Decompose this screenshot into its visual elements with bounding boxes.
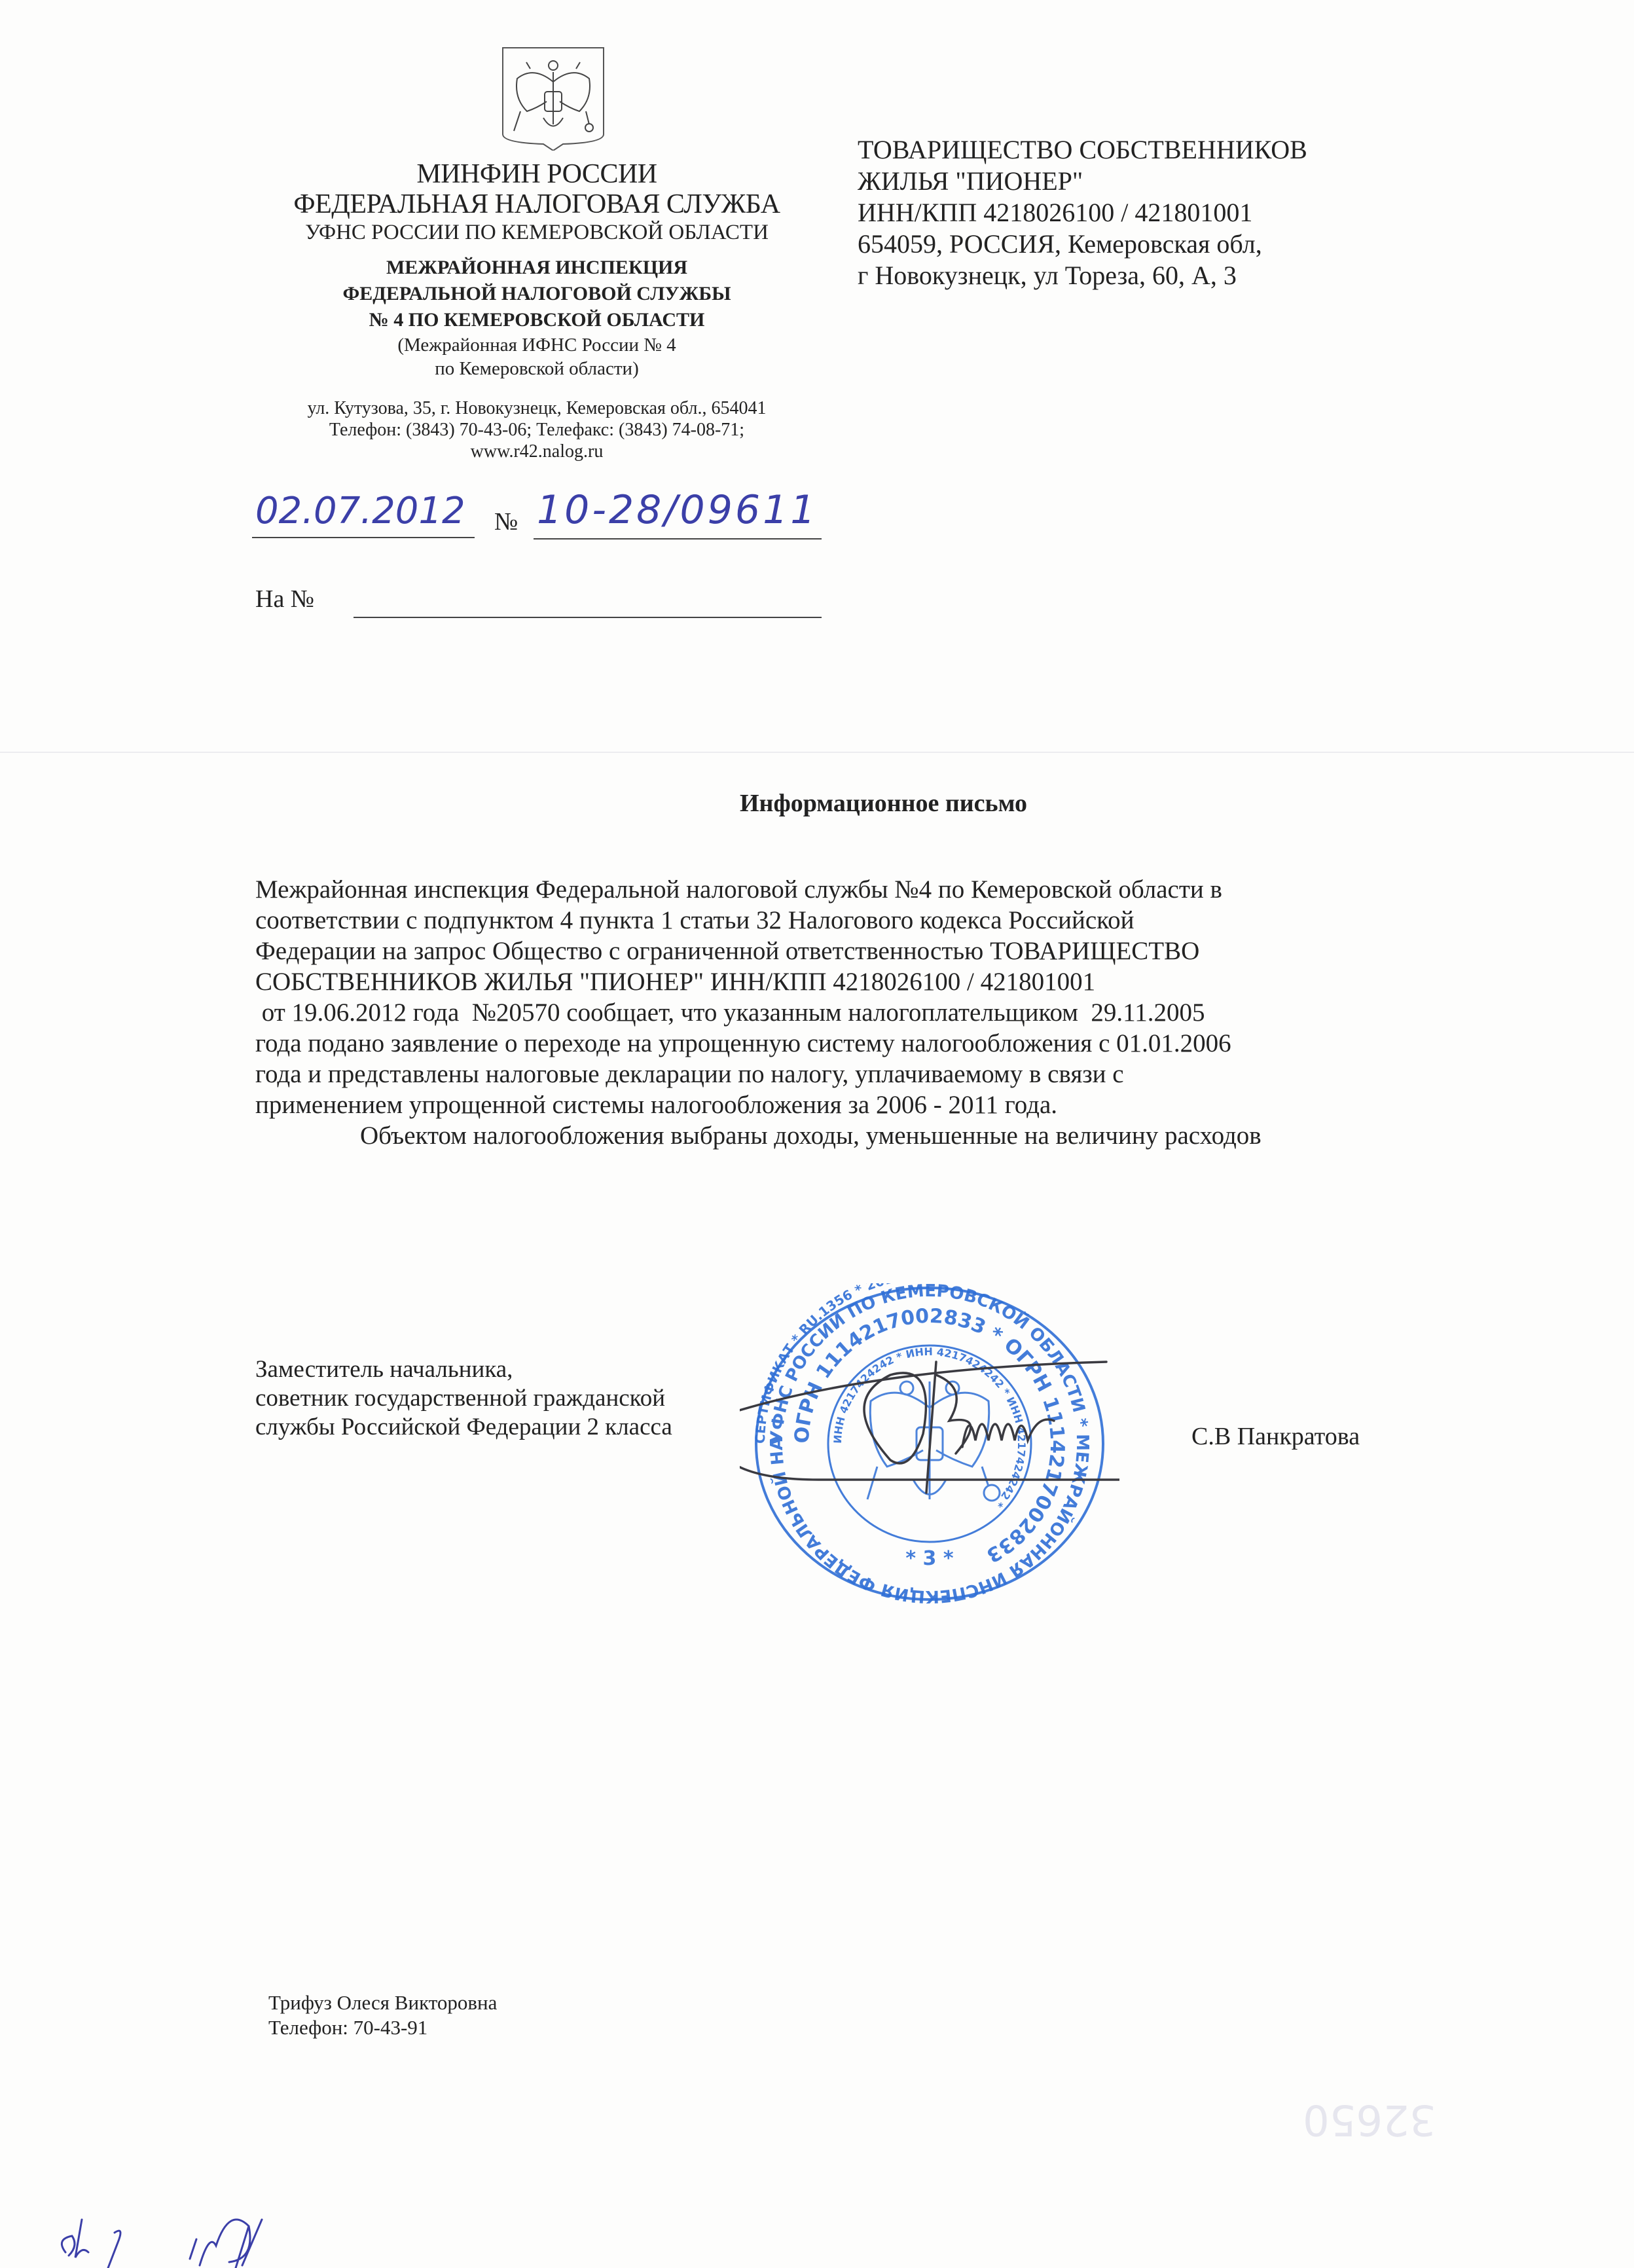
recipient-address-line2: г Новокузнецк, ул Тореза, 60, А, 3	[858, 260, 1307, 291]
coat-of-arms-emblem	[498, 46, 609, 151]
inspection-website: www.r42.nalog.ru	[242, 441, 831, 462]
executor-name: Трифуз Олеся Викторовна	[268, 1990, 497, 2015]
handwritten-initials	[52, 2206, 314, 2268]
reply-to-field	[354, 589, 822, 618]
executor-phone: Телефон: 70-43-91	[268, 2015, 497, 2040]
executor-block: Трифуз Олеся Викторовна Телефон: 70-43-9…	[268, 1990, 497, 2040]
letter-body: Межрайонная инспекция Федеральной налого…	[255, 874, 1538, 1151]
signatory-position: Заместитель начальника, советник государ…	[255, 1355, 672, 1442]
tax-object-line: Объектом налогообложения выбраны доходы,…	[255, 1120, 1538, 1151]
position-line3: службы Российской Федерации 2 класса	[255, 1413, 672, 1442]
letterhead: МИНФИН РОССИИ ФЕДЕРАЛЬНАЯ НАЛОГОВАЯ СЛУЖ…	[242, 159, 831, 462]
regional-office: УФНС РОССИИ ПО КЕМЕРОВСКОЙ ОБЛАСТИ	[242, 219, 831, 246]
inspection-address: ул. Кутузова, 35, г. Новокузнецк, Кемеро…	[242, 397, 831, 419]
body-line: СОБСТВЕННИКОВ ЖИЛЬЯ "ПИОНЕР" ИНН/КПП 421…	[255, 966, 1538, 997]
body-line: соответствии с подпунктом 4 пункта 1 ста…	[255, 905, 1538, 936]
outgoing-number-field: 10-28/09611	[534, 485, 822, 540]
number-sign: №	[494, 507, 518, 536]
body-line: Межрайонная инспекция Федеральной налого…	[255, 874, 1538, 905]
letter-title: Информационное письмо	[740, 789, 1027, 818]
position-line2: советник государственной гражданской	[255, 1384, 672, 1413]
official-seal-stamp: СЕРТИФИКАТ * RU.1356 * 2011.04 * УФНС РО…	[740, 1283, 1119, 1604]
inspection-name-line1: МЕЖРАЙОННАЯ ИНСПЕКЦИЯ	[242, 255, 831, 281]
ministry-name: МИНФИН РОССИИ	[242, 159, 831, 189]
position-line1: Заместитель начальника,	[255, 1355, 672, 1384]
body-line: года и представлены налоговые декларации…	[255, 1059, 1538, 1089]
inspection-short-line1: (Межрайонная ИФНС России № 4	[242, 333, 831, 357]
inspection-name-line2: ФЕДЕРАЛЬНОЙ НАЛОГОВОЙ СЛУЖБЫ	[242, 281, 831, 307]
fold-line	[0, 752, 1634, 753]
recipient-inn-kpp: ИНН/КПП 4218026100 / 421801001	[858, 197, 1307, 229]
seal-icon: СЕРТИФИКАТ * RU.1356 * 2011.04 * УФНС РО…	[740, 1283, 1119, 1604]
signatory-name: С.В Панкратова	[1191, 1422, 1360, 1451]
service-name: ФЕДЕРАЛЬНАЯ НАЛОГОВАЯ СЛУЖБА	[242, 189, 831, 219]
body-line: Федерации на запрос Общество с ограничен…	[255, 936, 1538, 966]
handwritten-outgoing-number: 10-28/09611	[537, 487, 818, 533]
recipient-line2: ЖИЛЬЯ "ПИОНЕР"	[858, 166, 1307, 197]
recipient-line1: ТОВАРИЩЕСТВО СОБСТВЕННИКОВ	[858, 134, 1307, 166]
body-line: года подано заявление о переходе на упро…	[255, 1028, 1538, 1059]
inspection-phones: Телефон: (3843) 70-43-06; Телефакс: (384…	[242, 419, 831, 441]
reply-to-label: На №	[255, 585, 314, 613]
bleed-through-number: 32650	[1303, 2095, 1436, 2144]
recipient-block: ТОВАРИЩЕСТВО СОБСТВЕННИКОВ ЖИЛЬЯ "ПИОНЕР…	[858, 134, 1307, 291]
recipient-address-line1: 654059, РОССИЯ, Кемеровская обл,	[858, 229, 1307, 260]
body-line: от 19.06.2012 года №20570 сообщает, что …	[255, 997, 1538, 1028]
inspection-short-line2: по Кемеровской области)	[242, 357, 831, 380]
stamp-center-mark: * 3 *	[905, 1547, 953, 1570]
initials-scribble-icon	[52, 2206, 314, 2268]
date-field: 02.07.2012	[252, 485, 475, 538]
body-line: применением упрощенной системы налогообл…	[255, 1089, 1538, 1120]
handwritten-date: 02.07.2012	[255, 490, 465, 532]
inspection-name-line3: № 4 ПО КЕМЕРОВСКОЙ ОБЛАСТИ	[242, 307, 831, 333]
double-headed-eagle-icon	[498, 46, 609, 151]
